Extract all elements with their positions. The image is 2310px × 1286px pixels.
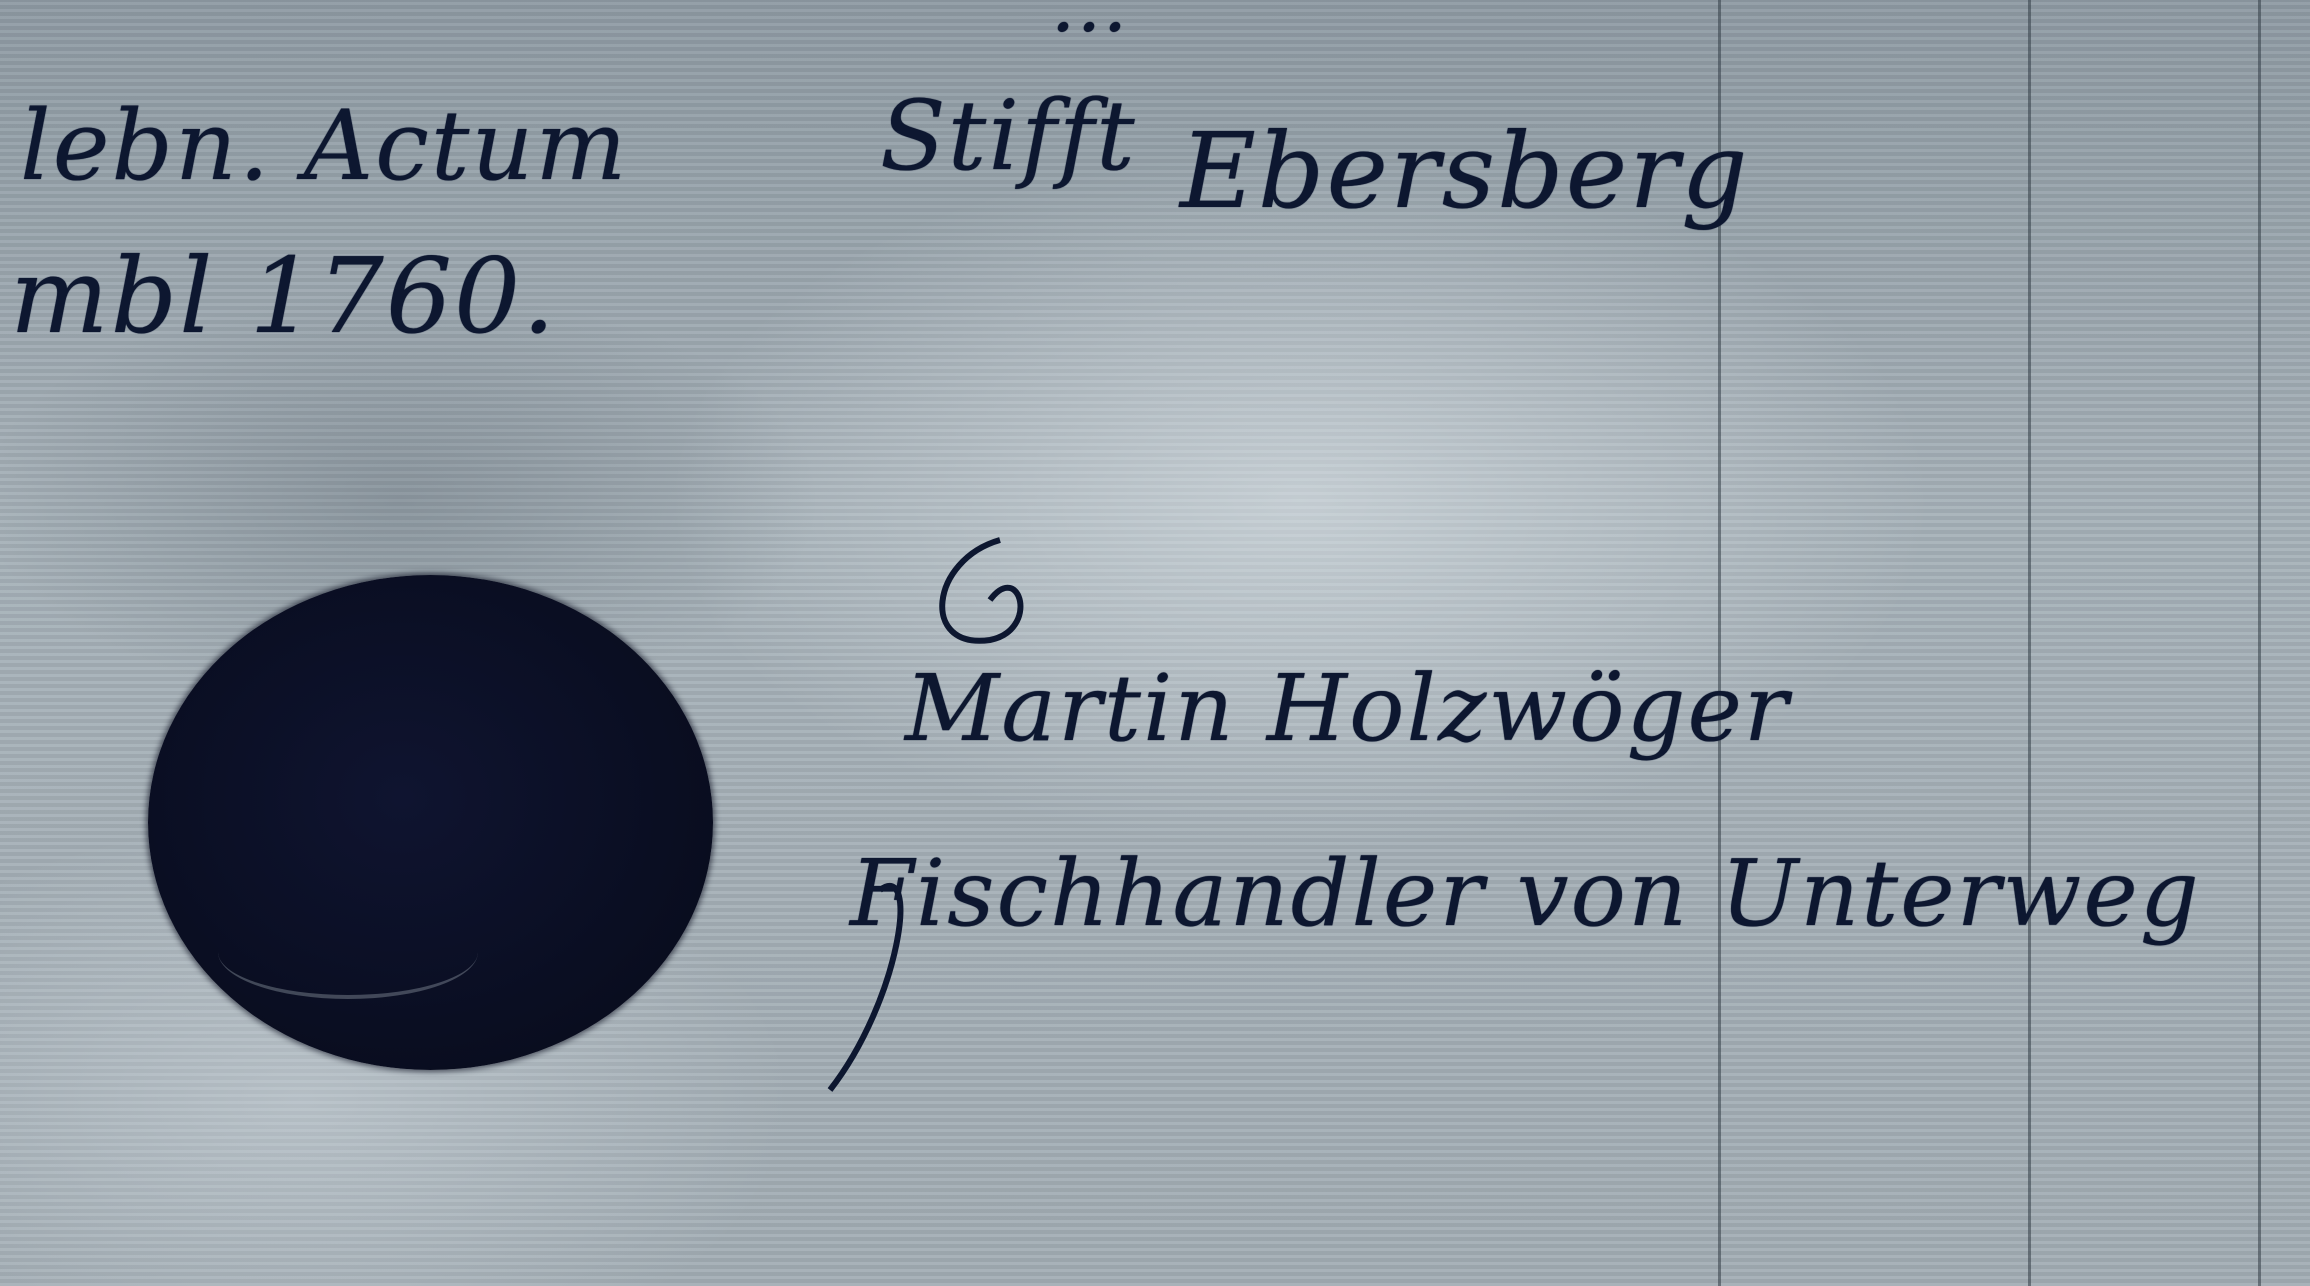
signature-name: Martin Holzwöger <box>905 655 1790 762</box>
signature-flourish <box>0 0 2310 1286</box>
signature-title: Fischhandler von Unterweg <box>850 840 2201 947</box>
